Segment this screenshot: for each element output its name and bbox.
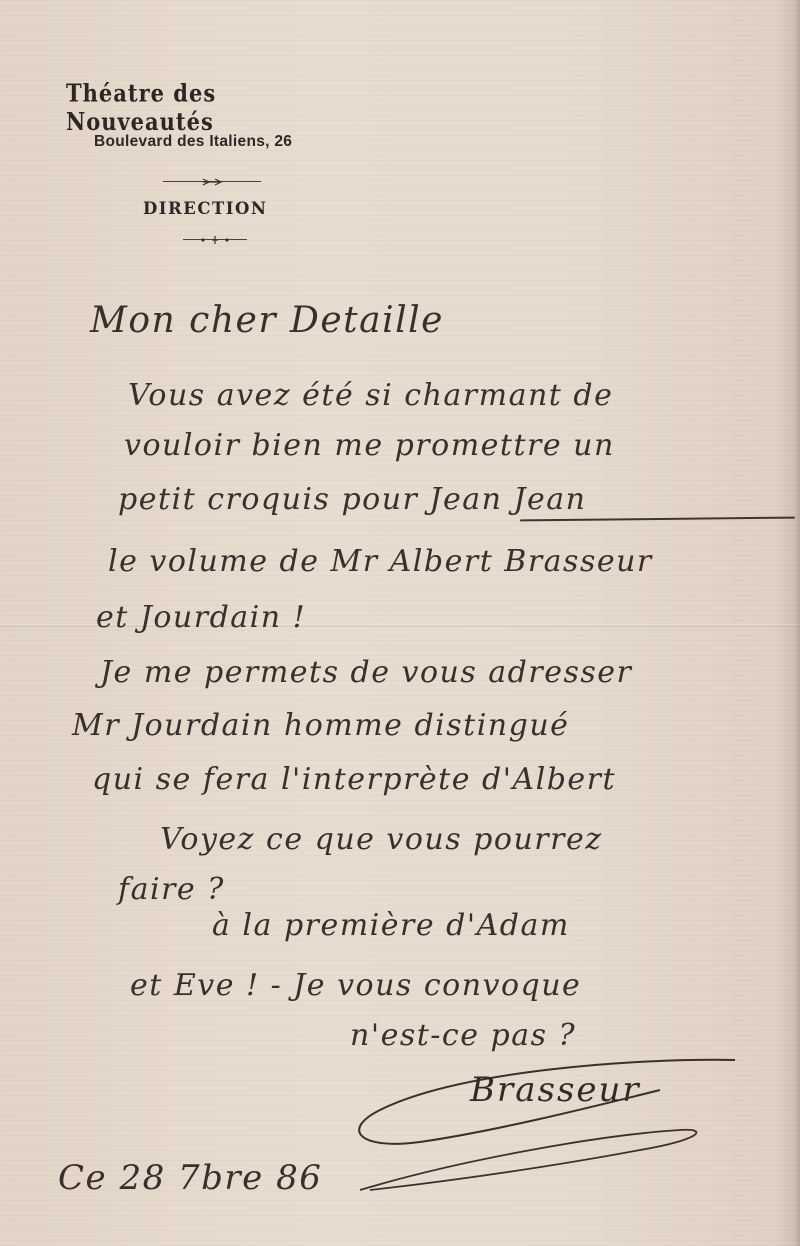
ornament-rule-top [163,177,261,187]
letter-signature: Brasseur [470,1070,641,1110]
letter-line-1: Vous avez été si charmant de [128,378,613,413]
letter-line-8: qui se fera l'interprète d'Albert [92,762,616,797]
letter-line-10: faire ? [118,872,225,907]
letter-line-6: Je me permets de vous adresser [100,655,632,690]
ornament-arrow-icon [163,177,261,187]
letter-page: Théatre des Nouveautés Boulevard des Ita… [0,0,800,1246]
letter-line-2: vouloir bien me promettre un [124,428,615,463]
ornament-rule-bottom [183,235,247,245]
paper-edge-shadow [794,0,800,1246]
letter-salutation: Mon cher Detaille [90,300,444,341]
title-underline [520,517,795,521]
letterhead-department: DIRECTION [143,199,267,218]
letter-line-5: et Jourdain ! [96,600,306,635]
letter-line-11: à la première d'Adam [212,908,570,943]
letter-line-12: et Eve ! - Je vous convoque [130,968,581,1003]
letterhead-address: Boulevard des Italiens, 26 [94,133,292,151]
letterhead-title: Théatre des Nouveautés [66,78,366,136]
letter-line-3: petit croquis pour Jean Jean [118,482,586,517]
letter-line-13: n'est-ce pas ? [350,1018,576,1053]
letter-line-4: le volume de Mr Albert Brasseur [108,544,653,579]
letter-line-7: Mr Jourdain homme distingué [72,708,569,743]
ornament-dots-icon [183,235,247,245]
letter-date: Ce 28 7bre 86 [58,1158,322,1198]
letter-line-9: Voyez ce que vous pourrez [160,822,603,857]
